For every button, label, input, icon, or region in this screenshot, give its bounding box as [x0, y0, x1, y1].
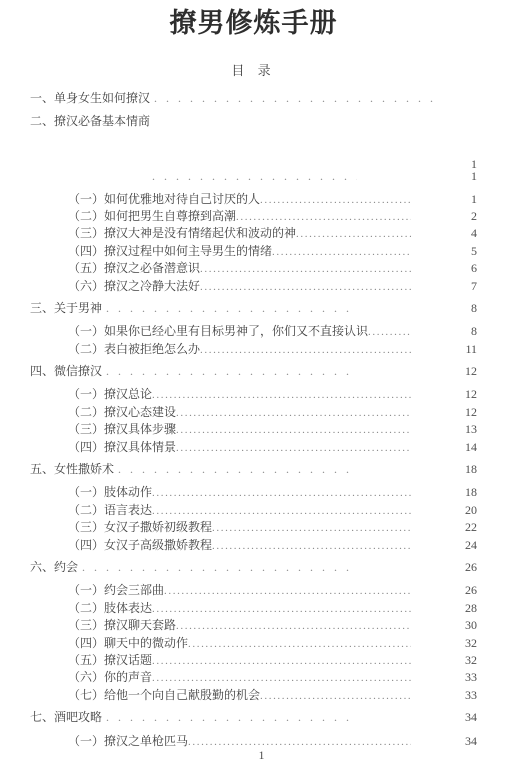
toc-entry-page: 13 [439, 421, 477, 438]
toc-entry[interactable]: （一）如果你已经心里有目标男神了，你们又不直接认识 8 [30, 323, 477, 340]
toc-entry[interactable]: （三）撩汉大神是没有情绪起伏和波动的神 4 [30, 225, 477, 242]
toc-entry-page: 7 [439, 278, 477, 295]
toc-entry[interactable]: （五）撩汉之必备潜意识 6 [30, 260, 477, 277]
toc-entry[interactable]: （二）肢体表达 28 [30, 600, 477, 617]
toc-entry-label: （七）给他一个向自己献殷勤的机会 [68, 687, 260, 704]
dot-leader [368, 323, 411, 340]
dot-leader [260, 687, 411, 704]
toc-entry[interactable]: （三）女汉子撒娇初级教程 22 [30, 519, 477, 536]
dot-leader [236, 208, 411, 225]
dot-leader [260, 191, 411, 208]
toc-entry[interactable]: （四）聊天中的微动作 32 [30, 635, 477, 652]
toc-entry-page: 6 [439, 260, 477, 277]
toc-entry-page: 4 [439, 225, 477, 242]
toc-entry-label: （四）女汉子高级撒娇教程 [68, 537, 212, 554]
toc-entry[interactable]: （二）如何把男生自尊撩到高潮 2 [30, 208, 477, 225]
toc-entry-label: 五、女性撒娇术 [30, 461, 114, 478]
toc-entry-label: （四）聊天中的微动作 [68, 635, 188, 652]
toc-entry-page: 30 [439, 617, 477, 634]
toc-entry-label: （一）如果你已经心里有目标男神了，你们又不直接认识 [68, 323, 368, 340]
toc-entry-page: 26 [439, 582, 477, 599]
dot-leader [102, 300, 357, 317]
toc-entry-page: 14 [439, 439, 477, 456]
dot-leader [152, 168, 357, 185]
toc-entry[interactable]: （三）撩汉聊天套路 30 [30, 617, 477, 634]
dot-leader [152, 502, 411, 519]
toc-entry-page: 20 [439, 502, 477, 519]
toc-entry-label: （一）撩汉总论 [68, 386, 152, 403]
toc-entry-label: 二、撩汉必备基本情商 [30, 113, 150, 130]
toc-entry-page: 26 [439, 559, 477, 576]
toc-entry[interactable]: （四）撩汉过程中如何主导男生的情绪 5 [30, 243, 477, 260]
dot-leader [152, 386, 411, 403]
toc-entry[interactable]: （二）表白被拒绝怎么办 11 [30, 341, 477, 358]
dot-leader [176, 617, 411, 634]
toc-entry-label: （三）撩汉具体步骤 [68, 421, 176, 438]
toc-entry[interactable]: （三）撩汉具体步骤 13 [30, 421, 477, 438]
toc-entry[interactable]: （一）肢体动作 18 [30, 484, 477, 501]
toc-entry[interactable]: （一）如何优雅地对待自己讨厌的人 1 [30, 191, 477, 208]
toc-entry-label: （二）如何把男生自尊撩到高潮 [68, 208, 236, 225]
toc-entry[interactable]: 1 [30, 168, 477, 185]
toc-entry-page: 11 [439, 341, 477, 358]
toc-entry-label: （三）女汉子撒娇初级教程 [68, 519, 212, 536]
toc-entry[interactable]: 四、微信撩汉 12 [30, 363, 477, 380]
document-title: 撩男修炼手册 [30, 6, 477, 40]
toc-entry-label: （二）表白被拒绝怎么办 [68, 341, 200, 358]
toc-entry-label: 三、关于男神 [30, 300, 102, 317]
toc-entry-page: 1 [439, 168, 477, 185]
toc-entry-label: （一）如何优雅地对待自己讨厌的人 [68, 191, 260, 208]
toc-entry[interactable]: （二）语言表达 20 [30, 502, 477, 519]
toc-entry[interactable]: （一）约会三部曲 26 [30, 582, 477, 599]
toc-entry[interactable]: 七、酒吧攻略 34 [30, 709, 477, 726]
toc-entry-page: 8 [439, 300, 477, 317]
dot-leader [150, 90, 439, 107]
toc-entry-label: （五）撩汉话题 [68, 652, 152, 669]
toc-entry-page: 8 [439, 323, 477, 340]
toc-entry[interactable]: 五、女性撒娇术 18 [30, 461, 477, 478]
dot-leader [114, 461, 357, 478]
toc-entry-page: 5 [439, 243, 477, 260]
toc-entry-label: （三）撩汉大神是没有情绪起伏和波动的神 [68, 225, 296, 242]
dot-leader [164, 582, 411, 599]
toc-entry-page: 2 [439, 208, 477, 225]
toc-entry-label: （一）肢体动作 [68, 484, 152, 501]
toc-entry[interactable]: （六）撩汉之冷静大法好 7 [30, 278, 477, 295]
dot-leader [30, 151, 439, 168]
dot-leader [152, 484, 411, 501]
toc-entry[interactable]: 1 [30, 151, 477, 168]
toc-entry-label: （一）约会三部曲 [68, 582, 164, 599]
dot-leader [152, 669, 411, 686]
dot-leader [78, 559, 357, 576]
dot-leader [188, 635, 411, 652]
toc-entry-page: 33 [439, 669, 477, 686]
document-page: 撩男修炼手册 目 录 一、单身女生如何撩汉 二、撩汉必备基本情商 1 1 （一）… [0, 0, 523, 750]
dot-leader [150, 107, 439, 124]
toc-entry-page: 34 [439, 709, 477, 726]
toc-entry-label: 一、单身女生如何撩汉 [30, 90, 150, 107]
toc-entry-page: 1 [439, 191, 477, 208]
dot-leader [296, 225, 411, 242]
dot-leader [200, 341, 411, 358]
toc-entry-page: 32 [439, 652, 477, 669]
dot-leader [212, 519, 411, 536]
toc-entry[interactable]: 一、单身女生如何撩汉 [30, 90, 477, 107]
dot-leader [176, 404, 411, 421]
page-footer-number: 1 [0, 748, 523, 763]
toc-entry[interactable]: （七）给他一个向自己献殷勤的机会 33 [30, 687, 477, 704]
dot-leader [152, 600, 411, 617]
dot-leader [102, 709, 357, 726]
toc-entry[interactable]: 二、撩汉必备基本情商 [30, 107, 477, 124]
toc-entry[interactable]: 六、约会 26 [30, 559, 477, 576]
toc-entry-label: （五）撩汉之必备潜意识 [68, 260, 200, 277]
dot-leader [212, 537, 411, 554]
toc-entry-page: 22 [439, 519, 477, 536]
toc-entry-label: （六）你的声音 [68, 669, 152, 686]
toc-heading: 目 录 [30, 62, 477, 79]
toc-entry[interactable]: （四）女汉子高级撒娇教程 24 [30, 537, 477, 554]
toc-entry-page: 12 [439, 363, 477, 380]
toc-entry[interactable]: （二）撩汉心态建设 12 [30, 404, 477, 421]
toc-entry-label: （二）语言表达 [68, 502, 152, 519]
toc-entry-page: 32 [439, 635, 477, 652]
toc-entry-label: （二）撩汉心态建设 [68, 404, 176, 421]
toc-entry-page: 24 [439, 537, 477, 554]
toc-entry-label: （四）撩汉过程中如何主导男生的情绪 [68, 243, 272, 260]
toc-entry[interactable]: （一）撩汉总论 12 [30, 386, 477, 403]
dot-leader [200, 278, 411, 295]
toc-entry-label: 七、酒吧攻略 [30, 709, 102, 726]
toc-entry-page: 18 [439, 484, 477, 501]
table-of-contents: 一、单身女生如何撩汉 二、撩汉必备基本情商 1 1 （一）如何优雅地对待自己讨厌… [30, 90, 477, 750]
toc-entry[interactable]: （五）撩汉话题 32 [30, 652, 477, 669]
toc-entry-label: 六、约会 [30, 559, 78, 576]
toc-entry-label: （三）撩汉聊天套路 [68, 617, 176, 634]
dot-leader [176, 421, 411, 438]
toc-entry-page: 12 [439, 386, 477, 403]
toc-entry-label: （六）撩汉之冷静大法好 [68, 278, 200, 295]
toc-entry-page: 28 [439, 600, 477, 617]
toc-entry[interactable]: （六）你的声音 33 [30, 669, 477, 686]
dot-leader [200, 260, 411, 277]
toc-entry-page: 12 [439, 404, 477, 421]
toc-entry-label: 四、微信撩汉 [30, 363, 102, 380]
toc-entry[interactable]: 三、关于男神 8 [30, 300, 477, 317]
dot-leader [272, 243, 411, 260]
dot-leader [152, 652, 411, 669]
dot-leader [102, 363, 357, 380]
toc-entry-label: （二）肢体表达 [68, 600, 152, 617]
toc-entry-page: 18 [439, 461, 477, 478]
dot-leader [176, 439, 411, 456]
toc-entry-label: （四）撩汉具体情景 [68, 439, 176, 456]
toc-entry[interactable]: （四）撩汉具体情景 14 [30, 439, 477, 456]
toc-entry-page: 33 [439, 687, 477, 704]
